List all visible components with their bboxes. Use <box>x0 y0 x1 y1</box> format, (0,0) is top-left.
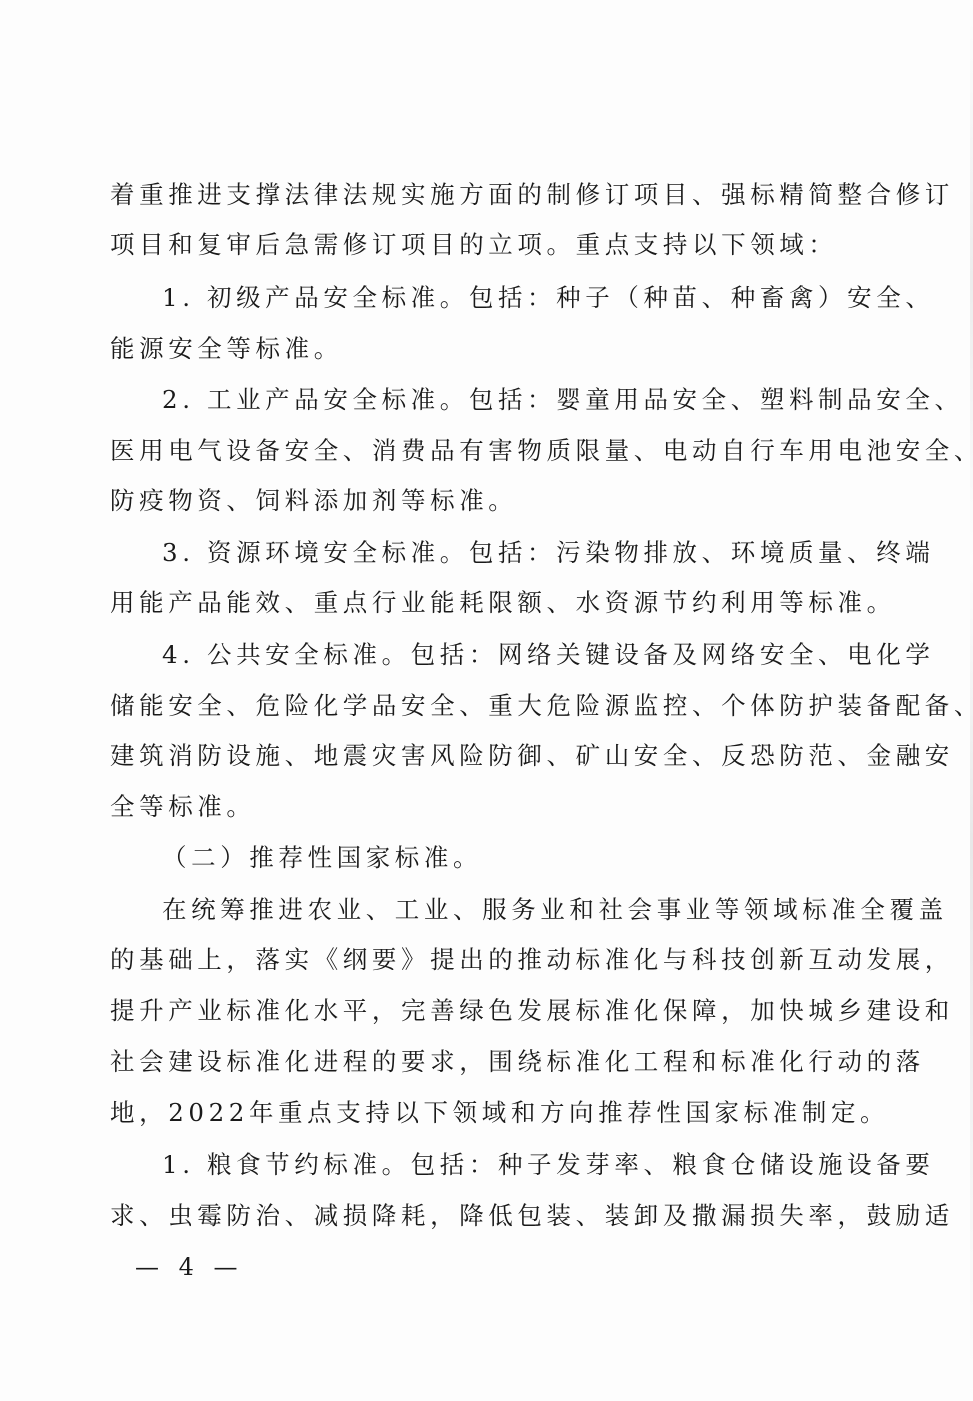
page-number: — 4 — <box>135 1253 244 1281</box>
text-line: 提升产业标准化水平，完善绿色发展标准化保障，加快城乡建设和 <box>110 986 954 1036</box>
text-line: 医用电气设备安全、消费品有害物质限量、电动自行车用电池安全、 <box>110 426 973 476</box>
list-item-heading: 3. 资源环境安全标准。包括：污染物排放、环境质量、终端 <box>162 528 934 578</box>
text-line: 能源安全等标准。 <box>110 324 343 374</box>
text-line: 地，2022年重点支持以下领域和方向推荐性国家标准制定。 <box>110 1088 889 1138</box>
text-line: 项目和复审后急需修订项目的立项。重点支持以下领域： <box>110 220 838 270</box>
list-item-heading: 4. 公共安全标准。包括：网络关键设备及网络安全、电化学 <box>162 630 934 680</box>
paragraph-start: 在统筹推进农业、工业、服务业和社会事业等领域标准全覆盖 <box>162 885 948 935</box>
text-line: 社会建设标准化进程的要求，围绕标准化工程和标准化行动的落 <box>110 1037 925 1087</box>
text-line: 的基础上，落实《纲要》提出的推动标准化与科技创新互动发展， <box>110 935 954 985</box>
text-line: 储能安全、危险化学品安全、重大危险源监控、个体防护装备配备、 <box>110 681 973 731</box>
text-line: 着重推进支撑法律法规实施方面的制修订项目、强标精简整合修订 <box>110 170 954 220</box>
text-line: 用能产品能效、重点行业能耗限额、水资源节约利用等标准。 <box>110 578 896 628</box>
list-item-heading: 2. 工业产品安全标准。包括：婴童用品安全、塑料制品安全、 <box>162 375 964 425</box>
list-item-heading: 1. 初级产品安全标准。包括：种子（种苗、种畜禽）安全、 <box>162 273 934 323</box>
list-item-heading: 1. 粮食节约标准。包括：种子发芽率、粮食仓储设施设备要 <box>162 1140 934 1190</box>
text-line: 建筑消防设施、地震灾害风险防御、矿山安全、反恐防范、金融安 <box>110 731 954 781</box>
text-line: 全等标准。 <box>110 782 256 832</box>
section-heading: （二）推荐性国家标准。 <box>162 833 482 883</box>
text-line: 防疫物资、饲料添加剂等标准。 <box>110 476 517 526</box>
text-line: 求、虫霉防治、减损降耗，降低包装、装卸及撒漏损失率，鼓励适 <box>110 1191 954 1241</box>
